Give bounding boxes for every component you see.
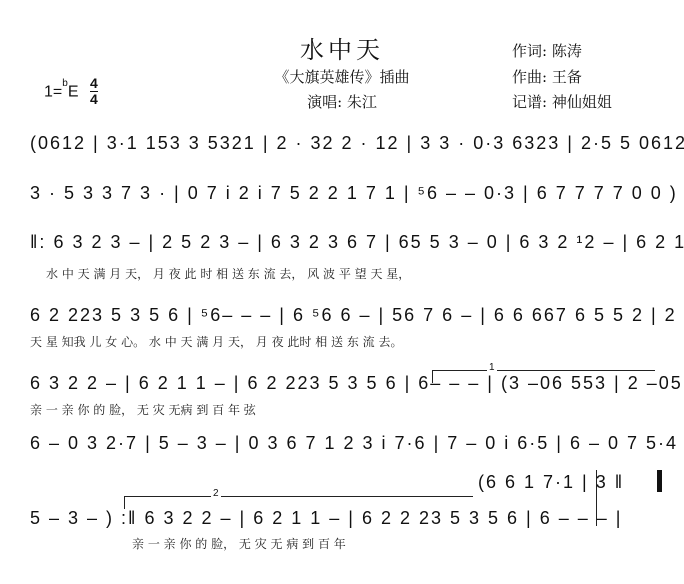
time-denominator: 4 — [90, 91, 98, 107]
key-signature: 1=bE — [44, 82, 78, 101]
volta-2-label: 2 — [211, 488, 221, 499]
key-label: 1= — [44, 83, 62, 100]
lyrics-line-4: 天 星 知我 儿 女 心。 水 中 天 满 月 天， 月 夜 此时 相 送 东 … — [30, 333, 402, 350]
key-note: E — [68, 83, 79, 100]
score-line-8: 5 – 3 – ) :‖ 6 3 2 2 – | 6 2 1 1 – | 6 2… — [30, 508, 622, 529]
score-line-4: 6 2 223 5 3 5 6 | ⁵6– – – | 6 ⁵6 6 – | 5… — [30, 305, 684, 326]
volta-bracket-1: 1 — [432, 370, 655, 383]
lyricist-credit: 作词: 陈涛 — [512, 40, 582, 61]
time-numerator: 4 — [90, 76, 98, 92]
score-line-3: ‖: 6 3 2 3 – | 2 5 2 3 – | 6 3 2 3 6 7 |… — [30, 232, 684, 253]
final-barline — [657, 470, 662, 492]
flat-sign: b — [62, 78, 68, 89]
lyrics-line-3: 水 中 天 满 月 天， 月 夜 此 时 相 送 东 流 去， 风 波 平 望 … — [46, 265, 410, 282]
score-line-2: 3 · 5 3 3 7 3 · | 0 7 i 2 i 7 5 2 2 1 7 … — [30, 183, 684, 204]
lyrics-line-8: 亲 一 亲 你 的 脸， 无 灾 无 病 到 百 年 — [132, 535, 346, 552]
transcriber-credit: 记谱: 神仙姐姐 — [512, 91, 612, 112]
composer-credit: 作曲: 王备 — [512, 66, 582, 87]
volta-bracket-2: 2 — [124, 496, 473, 509]
time-signature: 44 — [90, 76, 98, 106]
coda-line: (6 6 1 7·1 | 3 ‖ — [478, 472, 624, 493]
volta-1-label: 1 — [487, 362, 497, 373]
lyrics-line-5: 亲 一 亲 你 的 脸， 无 灾 无病 到 百 年 弦 — [30, 401, 256, 418]
score-line-6: 6 – 0 3 2·7 | 5 – 3 – | 0 3 6 7 1 2 3 i … — [30, 433, 684, 454]
score-line-1: (0612 | 3·1 153 3 5321 | 2 · 32 2 · 12 |… — [30, 133, 684, 154]
